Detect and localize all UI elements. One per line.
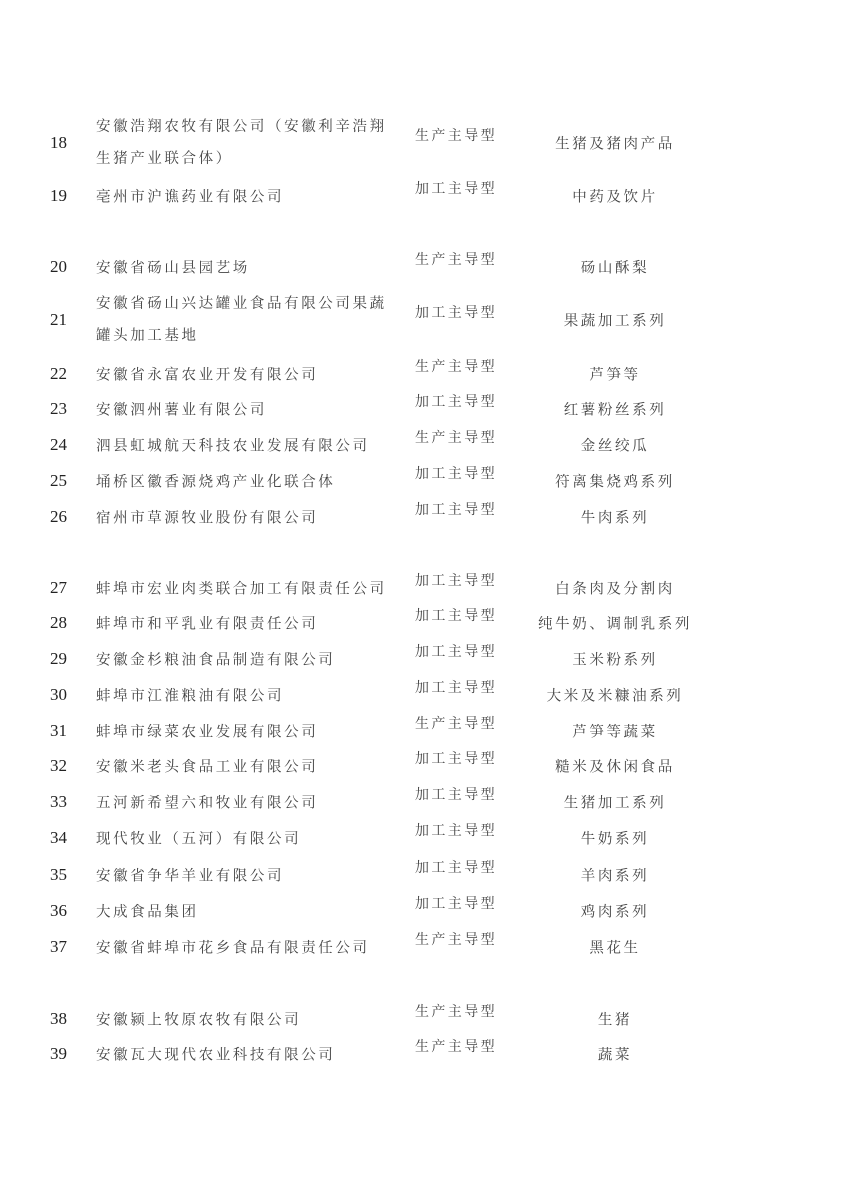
enterprise-type: 生产主导型: [415, 929, 497, 949]
company-name: 安徽颍上牧原农牧有限公司: [96, 1009, 301, 1030]
row-number: 39: [50, 1044, 67, 1064]
company-name: 安徽省蚌埠市花乡食品有限责任公司: [96, 937, 370, 958]
company-name-line-1: 安徽浩翔农牧有限公司（安徽利辛浩翔: [96, 118, 387, 136]
enterprise-type: 加工主导型: [415, 391, 497, 411]
main-product: 牛肉系列: [581, 507, 649, 528]
row-number: 20: [50, 257, 67, 277]
main-product: 砀山酥梨: [581, 257, 649, 278]
company-name: 亳州市沪谯药业有限公司: [96, 186, 284, 207]
enterprise-type: 加工主导型: [415, 820, 497, 840]
row-number: 18: [50, 133, 67, 153]
enterprise-type: 生产主导型: [415, 249, 497, 269]
company-name: 现代牧业（五河）有限公司: [96, 828, 301, 849]
main-product: 鸡肉系列: [581, 901, 649, 922]
company-name: 埇桥区徽香源烧鸡产业化联合体: [96, 471, 335, 492]
enterprise-type: 加工主导型: [415, 463, 497, 483]
row-number: 28: [50, 613, 67, 633]
row-number: 30: [50, 685, 67, 705]
row-number: 27: [50, 578, 67, 598]
row-number: 31: [50, 721, 67, 741]
main-product: 符离集烧鸡系列: [555, 471, 675, 492]
main-product: 生猪及猪肉产品: [555, 133, 675, 154]
company-name-line-2: 罐头加工基地: [96, 327, 387, 345]
enterprise-type: 加工主导型: [415, 893, 497, 913]
enterprise-type: 加工主导型: [415, 605, 497, 625]
row-number: 33: [50, 792, 67, 812]
enterprise-type: 加工主导型: [415, 857, 497, 877]
company-name: 安徽米老头食品工业有限公司: [96, 756, 318, 777]
company-name: 宿州市草源牧业股份有限公司: [96, 507, 318, 528]
row-number: 36: [50, 901, 67, 921]
enterprise-type: 生产主导型: [415, 125, 497, 145]
company-name: 安徽省永富农业开发有限公司: [96, 364, 318, 385]
row-number: 19: [50, 186, 67, 206]
enterprise-type: 生产主导型: [415, 1001, 497, 1021]
row-number: 26: [50, 507, 67, 527]
enterprise-type: 加工主导型: [415, 748, 497, 768]
main-product: 蔬菜: [598, 1044, 632, 1065]
row-number: 22: [50, 364, 67, 384]
row-number: 21: [50, 310, 67, 330]
main-product: 生猪: [598, 1009, 632, 1030]
company-name: 安徽省争华羊业有限公司: [96, 865, 284, 886]
enterprise-type: 生产主导型: [415, 1036, 497, 1056]
company-name: 蚌埠市绿菜农业发展有限公司: [96, 721, 318, 742]
company-name: 安徽金杉粮油食品制造有限公司: [96, 649, 335, 670]
company-name: 安徽瓦大现代农业科技有限公司: [96, 1044, 335, 1065]
main-product: 纯牛奶、调制乳系列: [538, 613, 692, 634]
main-product: 果蔬加工系列: [564, 310, 667, 331]
company-name: 五河新希望六和牧业有限公司: [96, 792, 318, 813]
company-name-line-2: 生猪产业联合体）: [96, 150, 387, 168]
company-name: 安徽泗州薯业有限公司: [96, 399, 267, 420]
row-number: 32: [50, 756, 67, 776]
main-product: 红薯粉丝系列: [564, 399, 667, 420]
row-number: 34: [50, 828, 67, 848]
enterprise-type: 加工主导型: [415, 302, 497, 322]
company-name: 安徽省砀山县园艺场: [96, 257, 250, 278]
row-number: 25: [50, 471, 67, 491]
main-product: 中药及饮片: [572, 186, 658, 207]
enterprise-type: 生产主导型: [415, 427, 497, 447]
enterprise-type: 加工主导型: [415, 570, 497, 590]
main-product: 糙米及休闲食品: [555, 756, 675, 777]
company-name: 安徽浩翔农牧有限公司（安徽利辛浩翔生猪产业联合体）: [96, 118, 387, 168]
enterprise-type: 生产主导型: [415, 713, 497, 733]
row-number: 24: [50, 435, 67, 455]
main-product: 金丝绞瓜: [581, 435, 649, 456]
main-product: 生猪加工系列: [564, 792, 667, 813]
main-product: 黑花生: [589, 937, 640, 958]
company-name-line-1: 安徽省砀山兴达罐业食品有限公司果蔬: [96, 295, 387, 313]
company-name: 泗县虹城航天科技农业发展有限公司: [96, 435, 370, 456]
row-number: 29: [50, 649, 67, 669]
main-product: 牛奶系列: [581, 828, 649, 849]
row-number: 35: [50, 865, 67, 885]
enterprise-type: 加工主导型: [415, 784, 497, 804]
main-product: 玉米粉系列: [572, 649, 658, 670]
company-name: 大成食品集团: [96, 901, 199, 922]
main-product: 白条肉及分割肉: [555, 578, 675, 599]
main-product: 羊肉系列: [581, 865, 649, 886]
enterprise-type: 加工主导型: [415, 677, 497, 697]
enterprise-type: 生产主导型: [415, 356, 497, 376]
company-name: 蚌埠市江淮粮油有限公司: [96, 685, 284, 706]
company-name: 安徽省砀山兴达罐业食品有限公司果蔬罐头加工基地: [96, 295, 387, 345]
enterprise-type: 加工主导型: [415, 641, 497, 661]
company-name: 蚌埠市和平乳业有限责任公司: [96, 613, 318, 634]
row-number: 38: [50, 1009, 67, 1029]
enterprise-type: 加工主导型: [415, 178, 497, 198]
company-name: 蚌埠市宏业肉类联合加工有限责任公司: [96, 578, 387, 599]
enterprise-type: 加工主导型: [415, 499, 497, 519]
main-product: 大米及米糠油系列: [547, 685, 684, 706]
row-number: 37: [50, 937, 67, 957]
main-product: 芦笋等: [589, 364, 640, 385]
main-product: 芦笋等蔬菜: [572, 721, 658, 742]
row-number: 23: [50, 399, 67, 419]
